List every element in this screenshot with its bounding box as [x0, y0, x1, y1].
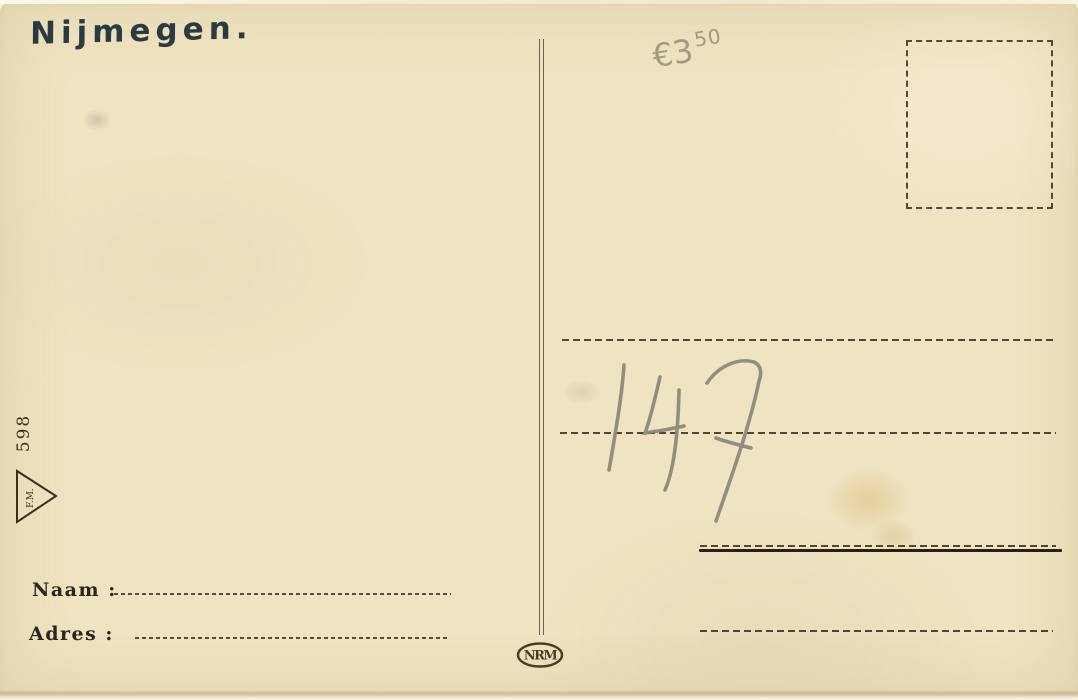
printer-mark-icon: F.M.	[13, 465, 61, 529]
handwritten-lot-number: 147	[580, 335, 780, 575]
price-amount: €3	[650, 31, 696, 75]
address-line-4	[700, 630, 1053, 632]
svg-text:NRM: NRM	[524, 649, 558, 664]
svg-text:F.M.: F.M.	[26, 488, 36, 508]
handwritten-place-name: Nijmegen.	[30, 10, 253, 52]
name-dotted-line	[114, 593, 451, 595]
handwritten-price-mark: €350	[649, 24, 726, 76]
address-label: Adres :	[29, 623, 114, 645]
center-divider-line	[539, 39, 544, 635]
price-cents: 50	[692, 24, 723, 52]
card-bottom-edge	[0, 690, 1078, 700]
card-top-edge	[0, 0, 1078, 4]
stamp-box	[906, 40, 1053, 209]
address-dotted-line	[135, 637, 447, 639]
name-label: Naam :	[32, 579, 117, 601]
postcard-back: Nijmegen. €350 147 598 F.M. Naam :	[0, 3, 1078, 694]
publisher-logo: NRM	[515, 641, 565, 669]
series-number: 598	[14, 403, 34, 463]
postcard-scan: Nijmegen. €350 147 598 F.M. Naam :	[0, 0, 1078, 700]
